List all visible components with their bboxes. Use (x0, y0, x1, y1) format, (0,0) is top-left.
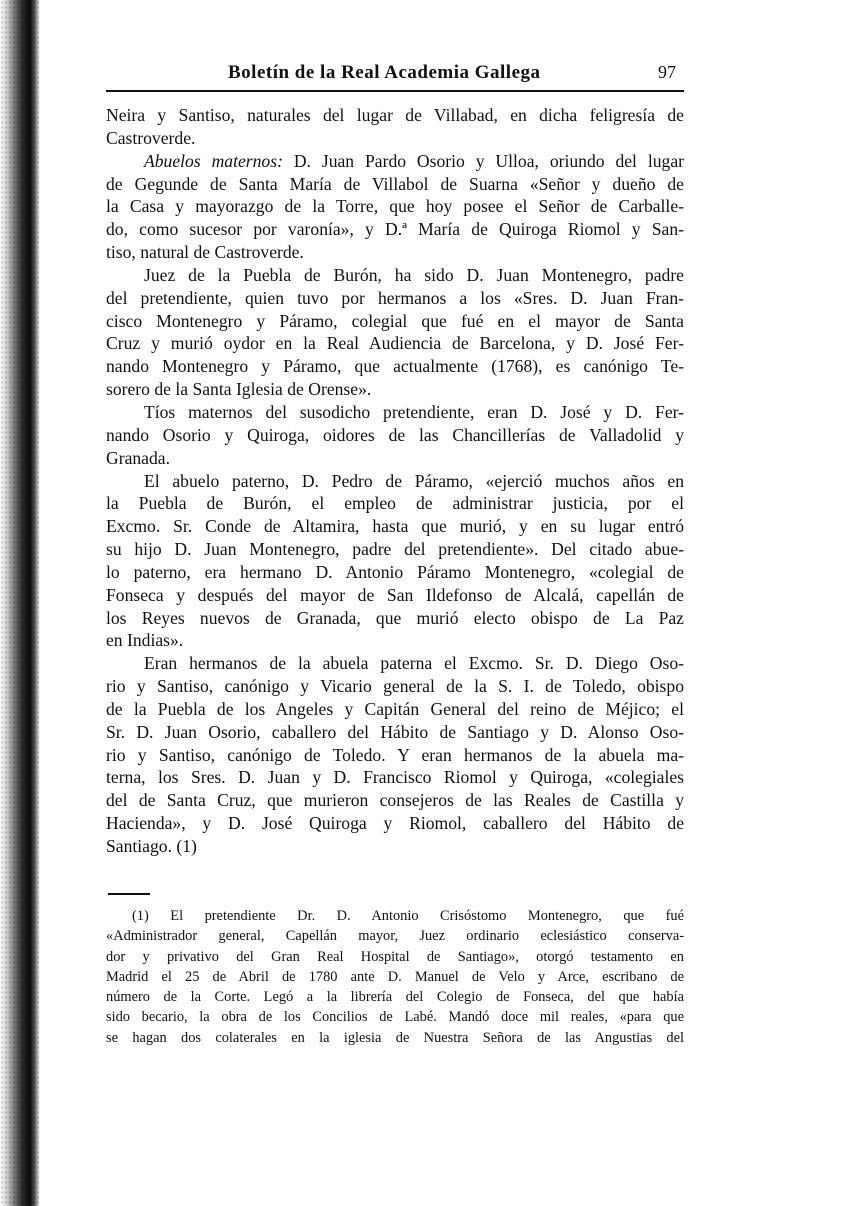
text-line: rio y Santiso, canónigo de Toledo. Y era… (106, 744, 684, 767)
text-line: do, como sucesor por varonía», y D.ª Mar… (106, 218, 684, 241)
text-line: los Reyes nuevos de Granada, que murió e… (106, 607, 684, 630)
paragraph: Eran hermanos de la abuela paterna el Ex… (106, 652, 684, 858)
footnote-line: número de la Corte. Legó a la librería d… (106, 987, 684, 1007)
text-line: de Gegunde de Santa María de Villabol de… (106, 173, 684, 196)
footnote-reference-line: Santiago. (1) (106, 835, 684, 858)
text-line: Abuelos maternos: D. Juan Pardo Osorio y… (106, 150, 684, 173)
paragraph: Neira y Santiso, naturales del lugar de … (106, 104, 684, 150)
footnote-line: sido becario, la obra de los Concilios d… (106, 1007, 684, 1027)
italic-lead: Abuelos maternos: (144, 151, 283, 171)
text-line: Castroverde. (106, 127, 684, 150)
text-line: del de Santa Cruz, que murieron consejer… (106, 789, 684, 812)
footnote: (1) El pretendiente Dr. D. Antonio Crisó… (106, 906, 684, 1048)
text-line: Granada. (106, 447, 684, 470)
text-line: Juez de la Puebla de Burón, ha sido D. J… (106, 264, 684, 287)
text-line: Sr. D. Juan Osorio, caballero del Hábito… (106, 721, 684, 744)
text-line: terna, los Sres. D. Juan y D. Francisco … (106, 766, 684, 789)
text-line: sorero de la Santa Iglesia de Orense». (106, 378, 684, 401)
text-line: Hacienda», y D. José Quiroga y Riomol, c… (106, 812, 684, 835)
paragraph: Juez de la Puebla de Burón, ha sido D. J… (106, 264, 684, 401)
text-line: nando Osorio y Quiroga, oidores de las C… (106, 424, 684, 447)
text-line: del pretendiente, quien tuvo por hermano… (106, 287, 684, 310)
text-line: rio y Santiso, canónigo y Vicario genera… (106, 675, 684, 698)
running-header: Boletín de la Real Academia Gallega 97 (106, 60, 684, 88)
text-line: tiso, natural de Castroverde. (106, 241, 684, 264)
text-line: Eran hermanos de la abuela paterna el Ex… (106, 652, 684, 675)
footnote-line: (1) El pretendiente Dr. D. Antonio Crisó… (106, 906, 684, 926)
body-text: Neira y Santiso, naturales del lugar de … (106, 104, 684, 858)
text-line: Neira y Santiso, naturales del lugar de … (106, 104, 684, 127)
text-line: Fonseca y después del mayor de San Ildef… (106, 584, 684, 607)
book-spine-shadow (0, 0, 40, 1206)
text-line: lo paterno, era hermano D. Antonio Páram… (106, 561, 684, 584)
text-line: la Casa y mayorazgo de la Torre, que hoy… (106, 195, 684, 218)
footnote-line: Madrid el 25 de Abril de 1780 ante D. Ma… (106, 967, 684, 987)
journal-title: Boletín de la Real Academia Gallega (228, 62, 541, 84)
text-line: El abuelo paterno, D. Pedro de Páramo, «… (106, 470, 684, 493)
paragraph: El abuelo paterno, D. Pedro de Páramo, «… (106, 470, 684, 653)
paragraph: Tíos maternos del susodicho pretendiente… (106, 401, 684, 470)
header-rule (106, 90, 684, 92)
text-line: su hijo D. Juan Montenegro, padre del pr… (106, 538, 684, 561)
text-line: de la Puebla de los Angeles y Capitán Ge… (106, 698, 684, 721)
footnote-line: «Administrador general, Capellán mayor, … (106, 926, 684, 946)
footnote-line: se hagan dos colaterales en la iglesia d… (106, 1028, 684, 1048)
text-line: cisco Montenegro y Páramo, colegial que … (106, 310, 684, 333)
paragraph: Abuelos maternos: D. Juan Pardo Osorio y… (106, 150, 684, 264)
text-line: la Puebla de Burón, el empleo de adminis… (106, 492, 684, 515)
page-number: 97 (658, 62, 676, 83)
text-line: nando Montenegro y Páramo, que actualmen… (106, 355, 684, 378)
text-line: Tíos maternos del susodicho pretendiente… (106, 401, 684, 424)
text-line: Cruz y murió oydor en la Real Audiencia … (106, 332, 684, 355)
text-line: Excmo. Sr. Conde de Altamira, hasta que … (106, 515, 684, 538)
footnote-line: dor y privativo del Gran Real Hospital d… (106, 947, 684, 967)
text-line: en Indias». (106, 629, 684, 652)
footnote-rule (108, 893, 150, 895)
text-run: D. Juan Pardo Osorio y Ulloa, oriundo de… (283, 151, 684, 171)
